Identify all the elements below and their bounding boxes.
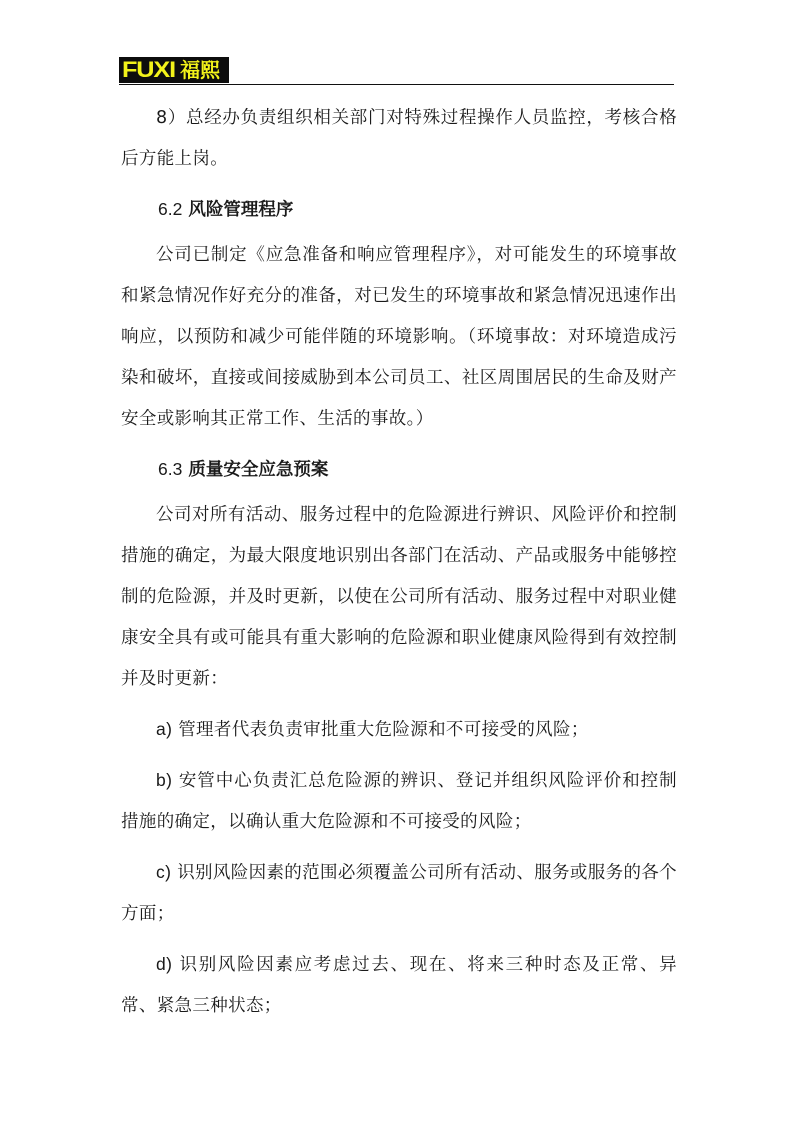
item-text: 总经办负责组织相关部门对特殊过程操作人员监控，考核合格后方能上岗。 <box>121 108 677 169</box>
item-text: 管理者代表负责审批重大危险源和不可接受的风险； <box>178 720 589 740</box>
item-label: c) <box>156 862 171 882</box>
item-label: a) <box>156 719 172 739</box>
item-label: d) <box>156 954 172 974</box>
section-paragraph-6-2: 公司已制定《应急准备和响应管理程序》，对可能发生的环境事故和紧急情况作好充分的准… <box>121 235 677 440</box>
section-number: 6.3 <box>158 459 182 479</box>
company-logo: FUXI 福熙 <box>119 57 229 83</box>
list-item-8: 8）总经办负责组织相关部门对特殊过程操作人员监控，考核合格后方能上岗。 <box>121 98 677 180</box>
list-item-c: c) 识别风险因素的范围必须覆盖公司所有活动、服务或服务的各个方面； <box>121 852 677 935</box>
header-divider <box>119 84 674 85</box>
page-header: FUXI 福熙 <box>119 56 674 86</box>
item-label: b) <box>156 770 172 790</box>
document-body: 8）总经办负责组织相关部门对特殊过程操作人员监控，考核合格后方能上岗。 6.2 … <box>121 98 677 1027</box>
list-item-b: b) 安管中心负责汇总危险源的辨识、登记并组织风险评价和控制措施的确定，以确认重… <box>121 760 677 843</box>
item-text: 识别风险因素的范围必须覆盖公司所有活动、服务或服务的各个方面； <box>121 863 677 924</box>
section-heading-6-2: 6.2 风险管理程序 <box>121 189 677 231</box>
logo-latin-text: FUXI <box>122 57 175 83</box>
list-item-a: a) 管理者代表负责审批重大危险源和不可接受的风险； <box>121 709 677 751</box>
section-title: 风险管理程序 <box>188 200 293 220</box>
section-title: 质量安全应急预案 <box>188 460 328 480</box>
item-label: 8） <box>156 108 186 128</box>
section-heading-6-3: 6.3 质量安全应急预案 <box>121 449 677 491</box>
list-item-d: d) 识别风险因素应考虑过去、现在、将来三种时态及正常、异常、紧急三种状态； <box>121 944 677 1027</box>
section-number: 6.2 <box>158 199 182 219</box>
item-text: 识别风险因素应考虑过去、现在、将来三种时态及正常、异常、紧急三种状态； <box>121 955 677 1016</box>
logo-cjk-text: 福熙 <box>180 57 220 83</box>
item-text: 安管中心负责汇总危险源的辨识、登记并组织风险评价和控制措施的确定，以确认重大危险… <box>121 771 677 832</box>
section-paragraph-6-3: 公司对所有活动、服务过程中的危险源进行辨识、风险评价和控制措施的确定，为最大限度… <box>121 495 677 700</box>
